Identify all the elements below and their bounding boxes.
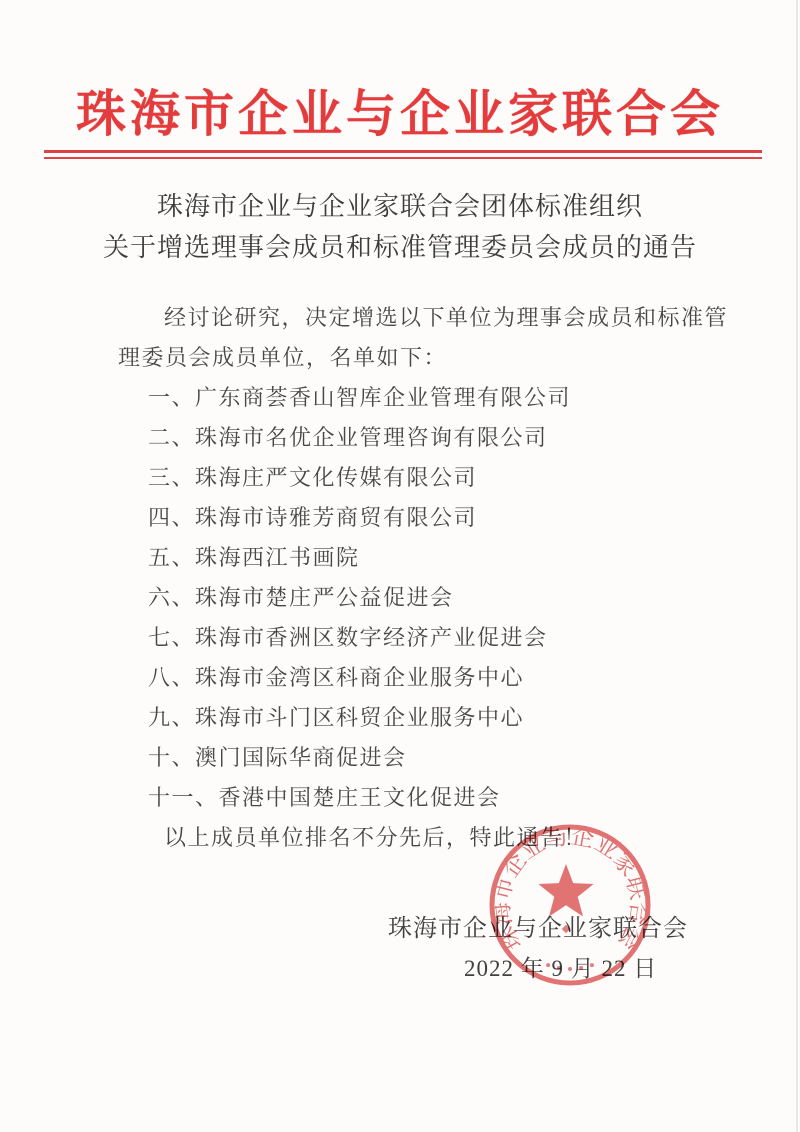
seal-star-icon [538,864,593,917]
member-item: 四、珠海市诗雅芳商贸有限公司 [118,498,726,538]
letterhead-org-title: 珠海市企业与企业家联合会 [0,74,800,146]
notice-title-line1: 珠海市企业与企业家联合会团体标准组织 [0,186,800,223]
member-item: 十一、香港中国楚庄王文化促进会 [118,778,726,818]
member-item: 八、珠海市金湾区科商企业服务中心 [118,658,726,698]
scanned-notice-page: 珠海市企业与企业家联合会 珠海市企业与企业家联合会团体标准组织 关于增选理事会成… [0,0,800,1132]
member-item: 一、广东商荟香山智库企业管理有限公司 [118,378,726,418]
member-list: 一、广东商荟香山智库企业管理有限公司二、珠海市名优企业管理咨询有限公司三、珠海庄… [118,378,726,818]
notice-body: 经讨论研究，决定增选以下单位为理事会成员和标准管 理委员会成员单位，名单如下： … [118,298,726,858]
letterhead-rule-thin [44,157,762,159]
member-item: 九、珠海市斗门区科贸企业服务中心 [118,698,726,738]
member-item: 六、珠海市楚庄严公益促进会 [118,578,726,618]
scan-edge-artifact [796,0,798,1132]
member-item: 七、珠海市香洲区数字经济产业促进会 [118,618,726,658]
member-item: 五、珠海西江书画院 [118,538,726,578]
letterhead-rule-thick [44,150,762,153]
seal-bottom-marks [546,925,594,971]
intro-line-2: 理委员会成员单位，名单如下： [118,338,726,378]
member-item: 三、珠海庄严文化传媒有限公司 [118,458,726,498]
intro-line-1: 经讨论研究，决定增选以下单位为理事会成员和标准管 [118,298,726,338]
member-item: 十、澳门国际华商促进会 [118,738,726,778]
official-seal: 珠海市企业与企业家联合会 [486,821,654,989]
member-item: 二、珠海市名优企业管理咨询有限公司 [118,418,726,458]
notice-title-line2: 关于增选理事会成员和标准管理委员会成员的通告 [0,227,800,264]
